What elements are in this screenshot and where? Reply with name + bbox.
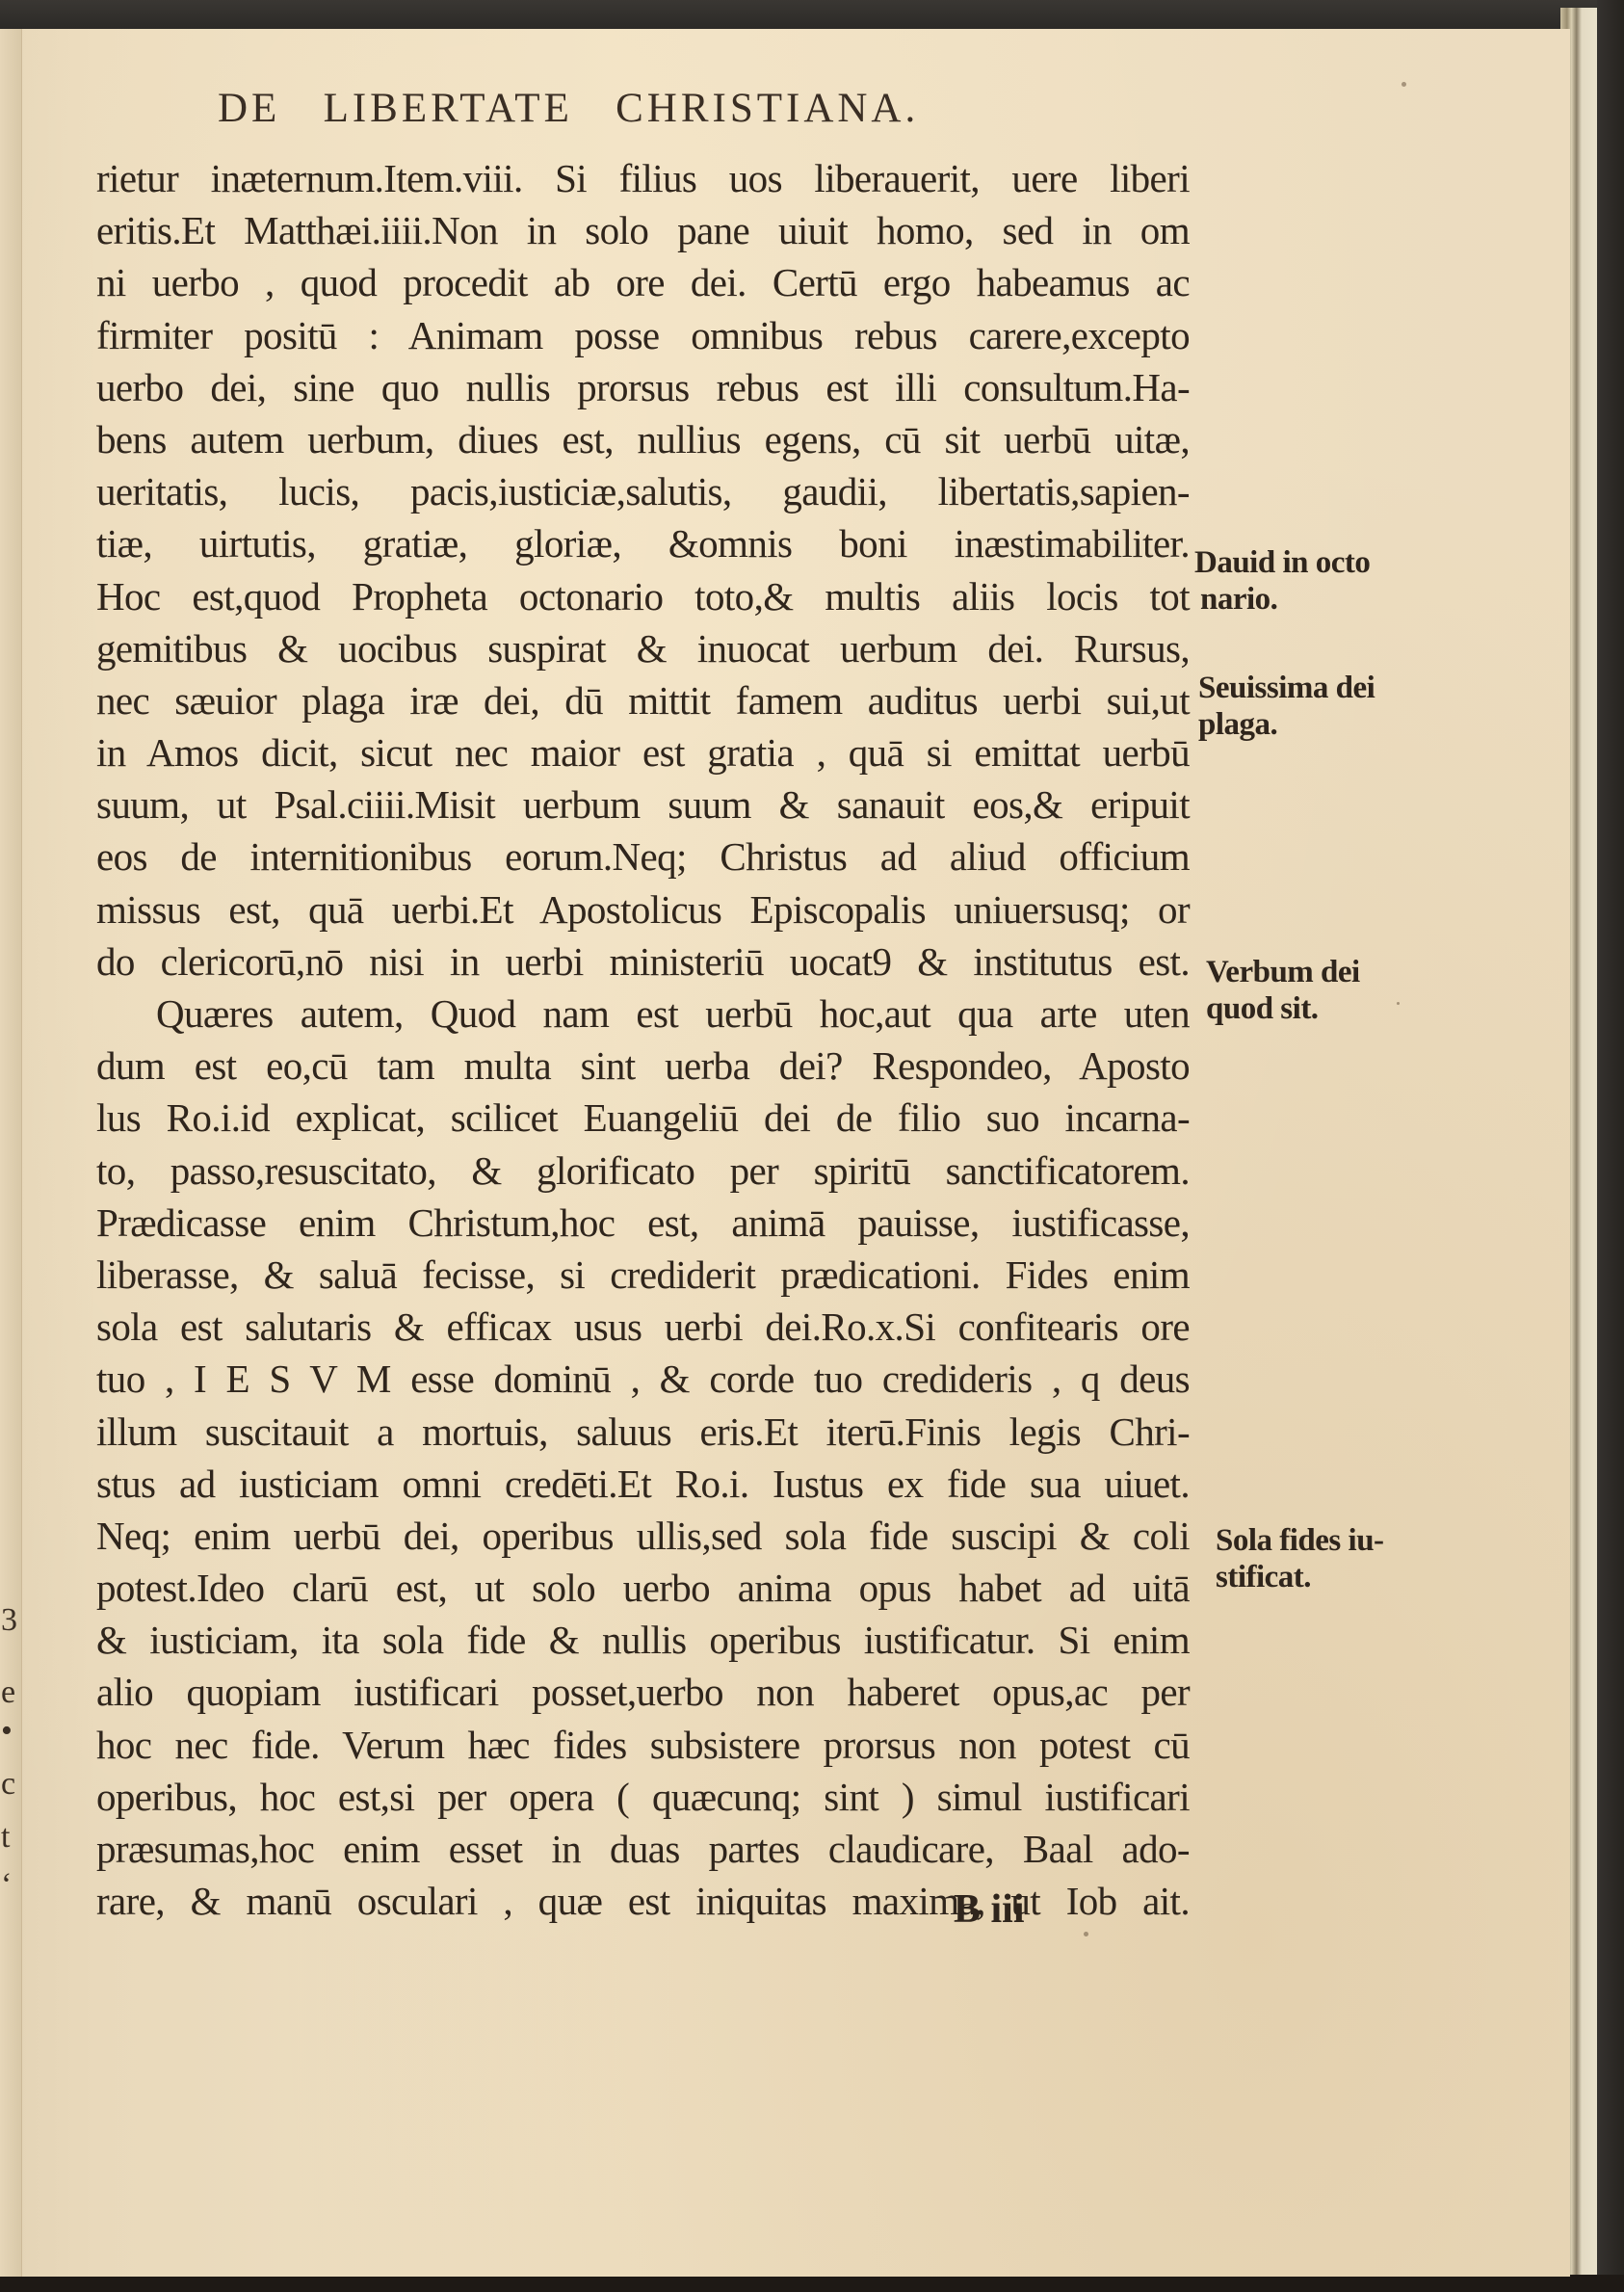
text-line: & iusticiam, ita sola fide & nullis oper… [96, 1614, 1190, 1666]
text-line: tiæ, uirtutis, gratiæ, gloriæ, &omnis bo… [96, 517, 1190, 569]
book-binding-right [1597, 0, 1624, 2292]
text-line: tuo , I E S V M esse dominū , & corde tu… [96, 1353, 1190, 1405]
text-line: illum suscitauit a mortuis, saluus eris.… [96, 1406, 1190, 1458]
book-page: 3 e • c t ‘ DE LIBERTATE CHRISTIANA. rie… [0, 29, 1570, 2277]
margin-note-line: Sola fides iu- [1216, 1522, 1384, 1559]
text-line: liberasse, & saluā fecisse, si credideri… [96, 1249, 1190, 1301]
text-line: operibus, hoc est,si per opera ( quæcunq… [96, 1771, 1190, 1823]
text-line: nec sæuior plaga iræ dei, dū mittit fame… [96, 674, 1190, 726]
text-line: ni uerbo , quod procedit ab ore dei. Cer… [96, 256, 1190, 308]
text-line: ueritatis, lucis, pacis,iusticiæ,salutis… [96, 465, 1190, 517]
gutter-mark: ‘ [1, 1859, 12, 1911]
paragraph-start-line: Quæres autem, Quod nam est uerbū hoc,aut… [96, 988, 1190, 1040]
text-line: præsumas,hoc enim esset in duas partes c… [96, 1823, 1190, 1875]
margin-note-line: Seuissima dei [1198, 670, 1375, 706]
margin-note-line: plaga. [1198, 706, 1375, 743]
text-line: suum, ut Psal.ciiii.Misit uerbum suum & … [96, 778, 1190, 830]
book-binding-bottom [0, 2275, 1624, 2292]
text-line: sola est salutaris & efficax usus uerbi … [96, 1301, 1190, 1353]
margin-note-dauid: Dauid in octo nario. [1194, 544, 1370, 618]
paper-speck [1084, 1932, 1088, 1936]
text-line: rietur inæternum.Item.viii. Si filius uo… [96, 152, 1190, 204]
text-line: eos de internitionibus eorum.Neq; Christ… [96, 830, 1190, 883]
text-line: in Amos dicit, sicut nec maior est grati… [96, 726, 1190, 778]
gutter-mark: c [1, 1758, 15, 1810]
gutter-mark: 3 [1, 1594, 17, 1647]
signature-mark: B iii [954, 1886, 1025, 1933]
text-line: Hoc est,quod Propheta octonario toto,& m… [96, 570, 1190, 622]
text-line: do clericorū,nō nisi in uerbi ministeriū… [96, 935, 1190, 988]
running-head-title: DE LIBERTATE CHRISTIANA. [218, 85, 919, 132]
margin-note-verbum-dei: Verbum dei quod sit. [1206, 954, 1360, 1027]
text-line: stus ad iusticiam omni credēti.Et Ro.i. … [96, 1458, 1190, 1510]
text-line: lus Ro.i.id explicat, scilicet Euangeliū… [96, 1092, 1190, 1144]
paper-speck [1397, 1002, 1400, 1005]
text-line: uerbo dei, sine quo nullis prorsus rebus… [96, 361, 1190, 413]
book-binding-top [0, 0, 1624, 31]
text-line: to, passo,resuscitato, & glorificato per… [96, 1145, 1190, 1197]
gutter-mark: t [1, 1811, 10, 1863]
text-line: bens autem uerbum, diues est, nullius eg… [96, 413, 1190, 465]
margin-note-line: nario. [1194, 581, 1370, 618]
text-line: firmiter positū : Animam posse omnibus r… [96, 309, 1190, 361]
text-line: gemitibus & uocibus suspirat & inuocat u… [96, 622, 1190, 674]
text-line: alio quopiam iustificari posset,uerbo no… [96, 1666, 1190, 1718]
text-line: hoc nec fide. Verum hæc fides subsistere… [96, 1719, 1190, 1771]
margin-note-line: stificat. [1216, 1559, 1384, 1595]
facing-page-show-through: 3 e • c t ‘ [0, 29, 21, 2277]
margin-note-seuissima: Seuissima dei plaga. [1198, 670, 1375, 743]
text-line: eritis.Et Matthæi.iiii.Non in solo pane … [96, 204, 1190, 256]
margin-note-sola-fides: Sola fides iu- stificat. [1216, 1522, 1384, 1595]
text-line: Prædicasse enim Christum,hoc est, animā … [96, 1197, 1190, 1249]
body-text-block: rietur inæternum.Item.viii. Si filius uo… [96, 152, 1190, 1927]
margin-note-line: Dauid in octo [1194, 544, 1370, 581]
text-line: Neq; enim uerbū dei, operibus ullis,sed … [96, 1510, 1190, 1562]
text-line: dum est eo,cū tam multa sint uerba dei? … [96, 1040, 1190, 1092]
gutter-mark: • [1, 1705, 13, 1757]
margin-note-line: Verbum dei [1206, 954, 1360, 990]
paper-speck [1401, 82, 1406, 87]
margin-note-line: quod sit. [1206, 990, 1360, 1027]
text-line: missus est, quā uerbi.Et Apostolicus Epi… [96, 883, 1190, 935]
text-line: rare, & manū osculari , quæ est iniquita… [96, 1875, 1190, 1927]
text-line: potest.Ideo clarū est, ut solo uerbo ani… [96, 1562, 1190, 1614]
